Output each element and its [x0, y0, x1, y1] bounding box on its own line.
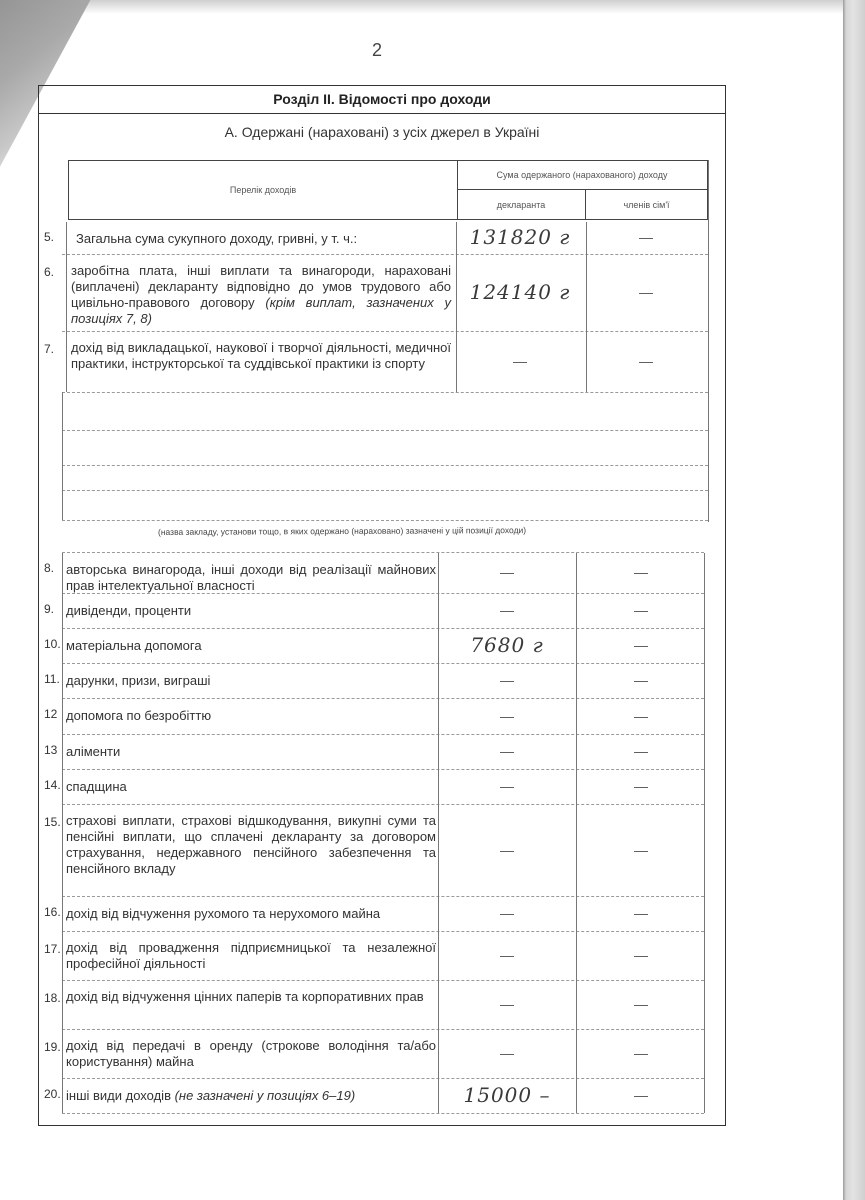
row-divider [62, 896, 704, 897]
row-number: 20. [44, 1087, 64, 1101]
declarant-amount: — [438, 708, 576, 724]
row-label: матеріальна допомога [66, 638, 436, 654]
institution-line [62, 520, 708, 521]
family-amount: — [578, 778, 704, 794]
row-number: 8. [44, 561, 64, 575]
header-declarant: декларанта [457, 190, 586, 219]
row-divider [62, 980, 704, 981]
scan-edge-right [843, 0, 865, 1200]
row-number: 14. [44, 778, 64, 792]
row-divider [62, 552, 704, 553]
family-amount: — [578, 602, 704, 618]
family-amount: — [586, 229, 706, 245]
declarant-amount: 131820 г [456, 225, 584, 249]
header-sum-group: Сума одержаного (нарахованого) доходу [457, 161, 707, 190]
row-number: 5. [44, 230, 64, 244]
table-row: 16.дохід від відчуження рухомого та неру… [38, 897, 726, 931]
row-divider [62, 698, 704, 699]
table-row: 8.авторська винагорода, інші доходи від … [38, 553, 726, 593]
institution-line [62, 465, 708, 466]
row-number: 10. [44, 637, 64, 651]
declarant-amount: 15000 – [438, 1083, 576, 1107]
row-divider [62, 1078, 704, 1079]
row-divider [62, 1113, 704, 1114]
table-row: 5.Загальна сума сукупного доходу, гривні… [38, 222, 726, 254]
declarant-amount: — [438, 996, 576, 1012]
row-label: дохід від відчуження рухомого та нерухом… [66, 906, 436, 922]
row-label: дарунки, призи, виграші [66, 673, 436, 689]
row-divider [62, 769, 704, 770]
family-amount: — [578, 743, 704, 759]
page-number: 2 [372, 40, 382, 61]
institution-line [62, 490, 708, 491]
table-row: 6.заробітна плата, інші виплати та винаг… [38, 255, 726, 331]
row-label: дохід від викладацької, наукової і творч… [71, 340, 451, 372]
row-divider [62, 663, 704, 664]
institution-line [62, 430, 708, 431]
subsection-title: А. Одержані (нараховані) з усіх джерел в… [38, 124, 726, 140]
declarant-amount: — [438, 947, 576, 963]
row-divider [62, 593, 704, 594]
column-line [438, 553, 439, 1113]
column-line [586, 222, 587, 392]
declarant-amount: — [438, 1045, 576, 1061]
row-number: 15. [44, 815, 64, 829]
row-number: 16. [44, 905, 64, 919]
column-line [704, 553, 705, 1113]
row-divider [62, 734, 704, 735]
row-label: дохід від відчуження цінних паперів та к… [66, 989, 436, 1005]
column-line [576, 553, 577, 1113]
declarant-amount: — [438, 564, 576, 580]
row-divider [62, 628, 704, 629]
row-divider [62, 331, 708, 332]
column-line [62, 553, 63, 1113]
row-divider [62, 1029, 704, 1030]
row-label: дивіденди, проценти [66, 603, 436, 619]
family-amount: — [578, 905, 704, 921]
row-label: заробітна плата, інші виплати та винагор… [71, 263, 451, 327]
family-amount: — [578, 708, 704, 724]
row-divider [62, 931, 704, 932]
table-row: 17.дохід від провадження підприємницької… [38, 932, 726, 980]
family-amount: — [578, 996, 704, 1012]
header-family: членів сім'ї [586, 190, 707, 219]
family-amount: — [586, 284, 706, 300]
row-number: 11. [44, 672, 64, 686]
family-amount: — [578, 842, 704, 858]
declarant-amount: — [456, 353, 584, 369]
row-label: Загальна сума сукупного доходу, гривні, … [76, 231, 454, 247]
family-amount: — [578, 947, 704, 963]
row-label: інші види доходів (не зазначені у позиці… [66, 1088, 436, 1104]
table-row: 12допомога по безробіттю—— [38, 699, 726, 734]
column-line [708, 160, 709, 522]
institution-note: (назва закладу, установи тощо, в яких од… [158, 525, 526, 537]
row-label: дохід від провадження підприємницької та… [66, 940, 436, 972]
row-number: 6. [44, 265, 64, 279]
table-row: 11.дарунки, призи, виграші—— [38, 664, 726, 698]
declarant-amount: 124140 г [456, 280, 584, 304]
row-number: 13 [44, 743, 64, 757]
row-label: авторська винагорода, інші доходи від ре… [66, 562, 436, 594]
row-label: спадщина [66, 779, 436, 795]
row-label: допомога по безробіттю [66, 708, 436, 724]
column-line [62, 392, 63, 520]
section-title: Розділ ІІ. Відомості про доходи [38, 85, 726, 114]
row-divider [62, 254, 708, 255]
family-amount: — [578, 564, 704, 580]
row-number: 7. [44, 342, 64, 356]
header-income-list: Перелік доходів [69, 161, 458, 219]
table-row: 10.матеріальна допомога7680 г— [38, 629, 726, 663]
scan-edge-top [0, 0, 865, 14]
family-amount: — [586, 353, 706, 369]
row-divider [62, 392, 708, 393]
family-amount: — [578, 1045, 704, 1061]
row-label: страхові виплати, страхові відшкодування… [66, 813, 436, 877]
declarant-amount: — [438, 842, 576, 858]
declarant-amount: — [438, 905, 576, 921]
family-amount: — [578, 672, 704, 688]
row-number: 12 [44, 707, 64, 721]
table-row: 15.страхові виплати, страхові відшкодува… [38, 805, 726, 896]
table-row: 18.дохід від відчуження цінних паперів т… [38, 981, 726, 1029]
table-header: Перелік доходів Сума одержаного (нарахов… [68, 160, 708, 220]
table-row: 13аліменти—— [38, 735, 726, 769]
row-number: 18. [44, 991, 64, 1005]
declarant-amount: — [438, 672, 576, 688]
column-line [456, 222, 457, 392]
declarant-amount: — [438, 778, 576, 794]
table-row: 7.дохід від викладацької, наукової і тво… [38, 332, 726, 392]
declarant-amount: 7680 г [438, 633, 576, 657]
declarant-amount: — [438, 602, 576, 618]
row-number: 19. [44, 1040, 64, 1054]
row-label: дохід від передачі в оренду (строкове во… [66, 1038, 436, 1070]
row-label: аліменти [66, 744, 436, 760]
table-row: 20.інші види доходів (не зазначені у поз… [38, 1079, 726, 1113]
column-line [66, 222, 67, 392]
family-amount: — [578, 637, 704, 653]
family-amount: — [578, 1087, 704, 1103]
row-number: 17. [44, 942, 64, 956]
declarant-amount: — [438, 743, 576, 759]
row-number: 9. [44, 602, 64, 616]
table-row: 19.дохід від передачі в оренду (строкове… [38, 1030, 726, 1078]
row-divider [62, 804, 704, 805]
table-row: 9.дивіденди, проценти—— [38, 594, 726, 628]
table-row: 14.спадщина—— [38, 770, 726, 804]
